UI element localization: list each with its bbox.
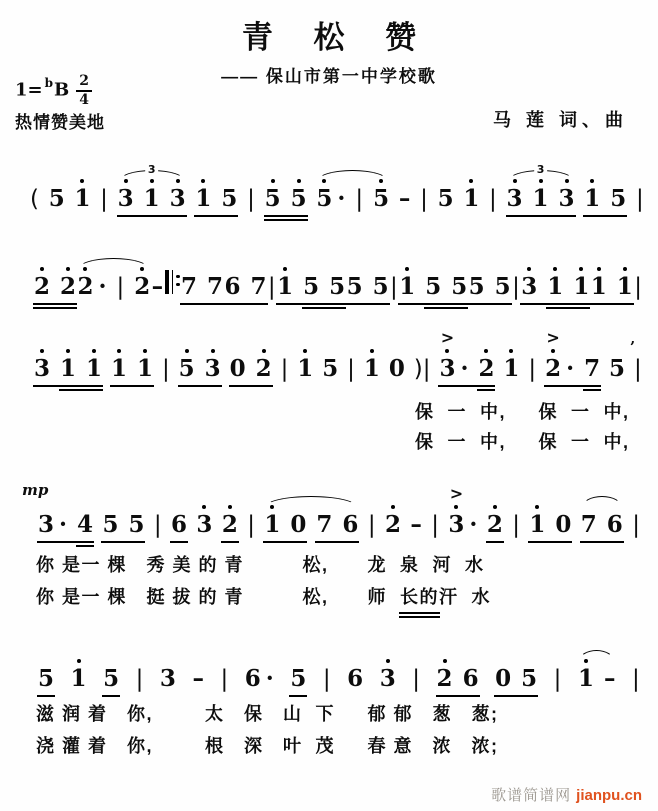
slur-arc — [582, 496, 622, 509]
octave-dot — [202, 505, 206, 509]
note: 4 — [77, 512, 93, 538]
note: 2 — [437, 666, 453, 692]
note-group: 10 — [529, 512, 571, 538]
beam-line — [546, 307, 590, 309]
octave-dot — [590, 179, 594, 183]
lyric-segment: 你 是一 棵 秀 美 的 青 松, 龙 泉 河 水 — [36, 551, 485, 577]
note: 6 — [224, 274, 240, 300]
octave-dot — [262, 349, 266, 353]
note-group: 3·4 — [38, 512, 93, 538]
note: 5 — [103, 666, 119, 692]
note-group: 2>·7 — [545, 356, 600, 382]
note: 1 — [591, 274, 607, 300]
note: 3 — [559, 186, 575, 212]
lyric-segment: 滋 润 着 你, 太 保 山 下 郁 郁 葱 葱; — [36, 700, 499, 726]
beam-line — [486, 541, 504, 543]
note: 1 — [399, 274, 415, 300]
beam-line — [101, 541, 145, 543]
beam-line — [170, 541, 188, 543]
note-group: 55 — [303, 274, 345, 300]
note-group: 76 — [581, 512, 623, 538]
octave-dot — [454, 505, 458, 509]
barline: | — [390, 274, 398, 300]
note: 1 — [195, 186, 211, 212]
note-group: 3313 — [118, 186, 186, 212]
note: 3>· — [448, 512, 477, 538]
beam-line — [302, 307, 346, 309]
octave-dot — [140, 267, 144, 271]
beam-line — [33, 385, 103, 387]
note-group: 55 — [102, 512, 144, 538]
octave-dot — [297, 179, 301, 183]
watermark-domain: jianpu.cn — [576, 787, 642, 804]
beam-line — [229, 385, 273, 387]
beam-line — [398, 303, 468, 305]
barline: | — [634, 274, 642, 300]
note: 5 — [179, 356, 195, 382]
lyrics-verse-1b: 你 是一 棵 挺 拔 的 青 松, 师 长的汗 水 — [36, 583, 491, 609]
note: 2 — [256, 356, 272, 382]
octave-dot — [40, 349, 44, 353]
barline: | — [355, 186, 363, 212]
music-line-2: 222·|2–7767|15555|15555|31111| — [34, 270, 642, 300]
music-line-4: 3·455|632|1076|2–|3>·2|1076| — [38, 512, 640, 538]
note-group: 05 — [495, 666, 537, 692]
note: 1 — [137, 356, 153, 382]
note: 1 — [111, 356, 127, 382]
note-group: 311 — [34, 356, 102, 382]
note: 1 — [578, 666, 594, 692]
note: 2 — [385, 512, 401, 538]
time-signature: 24 — [76, 74, 92, 107]
note: 3 — [380, 666, 396, 692]
octave-dot — [143, 349, 147, 353]
note: 5 — [329, 274, 345, 300]
note: 1 — [547, 274, 563, 300]
open-paren: ( — [30, 186, 39, 212]
note: 1 — [264, 512, 280, 538]
lyric-segment: 你 是一 棵 挺 拔 的 青 松, 师 — [36, 583, 400, 609]
beam-line — [117, 215, 187, 217]
note-group: 53 — [179, 356, 221, 382]
slur-arc — [78, 258, 149, 271]
note: 3 — [521, 274, 537, 300]
lyric-segment: 保 一 中, 保 一 中, — [415, 428, 630, 454]
music-line-5: 515|3–|6·5|63|2605|1–| — [38, 666, 640, 692]
lyric-segment: 保 一 中, 保 一 中, — [415, 398, 630, 424]
note: 5 — [521, 666, 537, 692]
note: 2 — [478, 356, 494, 382]
note: 1 — [617, 274, 633, 300]
triplet-label: 3 — [145, 164, 159, 177]
note-group: 1– — [578, 666, 616, 692]
note: 2· — [77, 274, 106, 300]
octave-dot — [150, 179, 154, 183]
beam-line — [33, 307, 77, 309]
note: 5 — [438, 186, 454, 212]
octave-dot — [584, 659, 588, 663]
note-group: 155 — [277, 274, 345, 300]
note-group: 10 — [264, 512, 306, 538]
duration-dash: – — [399, 186, 411, 212]
lyrics-echo-1: 保 一 中, 保 一 中, — [415, 398, 630, 424]
octave-dot — [513, 179, 517, 183]
note: 3>· — [439, 356, 468, 382]
barline: | — [221, 666, 229, 692]
note: 1 — [71, 666, 87, 692]
beam-line — [221, 541, 239, 543]
key-signature: 1=bB24 — [15, 74, 92, 107]
note: 6· — [245, 666, 274, 692]
note: 6 — [607, 512, 623, 538]
breath-mark: ’ — [630, 339, 635, 356]
beam-line — [264, 219, 308, 221]
note: 1 — [533, 186, 549, 212]
accent-mark: > — [441, 329, 454, 347]
note: 5 — [291, 186, 307, 212]
beam-line — [37, 541, 94, 543]
lyric-segment: 浇 灌 着 你, 根 深 叶 茂 春 意 浓 浓; — [36, 732, 499, 758]
beam-line — [477, 389, 495, 391]
barline: | — [632, 666, 640, 692]
barline: | — [554, 666, 562, 692]
note: 2>· — [545, 356, 574, 382]
barline: | — [632, 512, 640, 538]
subtitle: —— 保山市第一中学校歌 — [0, 62, 658, 87]
note: 5· — [316, 186, 345, 212]
rest-note: 0 — [555, 512, 571, 538]
note-group: 77 — [181, 274, 223, 300]
key-prefix: 1= — [15, 80, 43, 101]
composer-credit: 马 莲 词、曲 — [493, 106, 628, 132]
note: 3· — [38, 512, 67, 538]
note: 7 — [584, 356, 600, 382]
note: 3 — [34, 356, 50, 382]
augmentation-dot: · — [566, 355, 574, 382]
note: 5 — [290, 666, 306, 692]
note: 2 — [60, 274, 76, 300]
beam-line — [468, 303, 512, 305]
octave-dot — [565, 179, 569, 183]
meter-numerator: 2 — [76, 74, 92, 92]
beam-line — [178, 385, 222, 387]
barline: | — [489, 186, 497, 212]
octave-dot — [493, 505, 497, 509]
note: 1 — [60, 356, 76, 382]
lyrics-verse-1a: 你 是一 棵 秀 美 的 青 松, 龙 泉 河 水 — [36, 551, 485, 577]
note: 5’ — [609, 356, 625, 382]
octave-dot — [539, 179, 543, 183]
note: 7 — [250, 274, 266, 300]
barline: | — [136, 666, 144, 692]
note-group: 11 — [591, 274, 633, 300]
lyrics-verse-2a: 滋 润 着 你, 太 保 山 下 郁 郁 葱 葱; — [36, 700, 499, 726]
beam-line — [289, 695, 307, 697]
rest-note: 0 — [290, 512, 306, 538]
barline: | — [431, 512, 439, 538]
music-line-3: 31111|5302|15|10)|3>·21|2>·75’| — [34, 356, 642, 382]
note: 5 — [38, 666, 54, 692]
flat-sign: b — [45, 76, 53, 90]
note: 6 — [347, 666, 363, 692]
barline: | — [268, 274, 276, 300]
beam-line — [436, 695, 480, 697]
octave-dot — [228, 505, 232, 509]
lyric-segment: 长的 — [400, 583, 439, 609]
octave-dot — [283, 267, 287, 271]
octave-dot — [185, 349, 189, 353]
octave-dot — [405, 267, 409, 271]
note: 5 — [495, 274, 511, 300]
beam-line — [346, 303, 390, 305]
octave-dot — [579, 267, 583, 271]
beam-line — [223, 303, 267, 305]
octave-dot — [509, 349, 513, 353]
note: 6 — [463, 666, 479, 692]
beam-line — [399, 616, 440, 618]
beam-line — [438, 385, 495, 387]
barline: | — [323, 666, 331, 692]
slur-arc — [265, 496, 357, 509]
note: 1 — [529, 512, 545, 538]
note: 7 — [181, 274, 197, 300]
beam-line — [37, 695, 55, 697]
note: 3 — [507, 186, 523, 212]
note-group: 311 — [521, 274, 589, 300]
augmentation-dot: · — [460, 355, 468, 382]
note: 3 — [160, 666, 176, 692]
note-group: 5·|5 — [316, 186, 389, 212]
triplet-label: 3 — [534, 164, 548, 177]
beam-line — [520, 303, 590, 305]
beam-line — [180, 303, 224, 305]
note: 5 — [265, 186, 281, 212]
note-group: 02 — [230, 356, 272, 382]
close-paren-barline: )| — [414, 356, 431, 382]
note: 5 — [425, 274, 441, 300]
note-group: 155 — [399, 274, 467, 300]
beam-line — [110, 385, 154, 387]
beam-line — [580, 541, 624, 543]
barline: | — [634, 356, 642, 382]
note: 5 — [347, 274, 363, 300]
note: 5 — [322, 356, 338, 382]
barline: | — [368, 512, 376, 538]
beam-line — [264, 215, 308, 217]
octave-dot — [66, 349, 70, 353]
note-group: 55 — [425, 274, 467, 300]
octave-dot — [391, 505, 395, 509]
note: 5 — [373, 186, 389, 212]
note-group: 15 — [584, 186, 626, 212]
note-group: 26 — [437, 666, 479, 692]
note-group: 11 — [111, 356, 153, 382]
tempo-marking: 热情赞美地 — [15, 108, 105, 133]
octave-dot — [551, 349, 555, 353]
beam-line — [424, 307, 468, 309]
barline: | — [420, 186, 428, 212]
barline: | — [154, 512, 162, 538]
octave-dot — [271, 179, 275, 183]
beam-line — [494, 695, 538, 697]
barline: | — [116, 274, 124, 300]
duration-dash: – — [410, 512, 422, 538]
octave-dot — [40, 267, 44, 271]
music-line-1: (51|331315|555·|5–|51|331315| — [30, 186, 644, 212]
note: 5 — [610, 186, 626, 212]
meter-denominator: 4 — [76, 92, 92, 108]
rest-note: 0 — [389, 356, 405, 382]
note: 2 — [34, 274, 50, 300]
augmentation-dot: · — [337, 185, 345, 212]
barline: | — [347, 356, 355, 382]
octave-dot — [66, 267, 70, 271]
page-title: 青 松 赞 — [0, 12, 658, 57]
beam-line — [315, 541, 359, 543]
duration-dash: – — [192, 666, 204, 692]
lyric-segment: 汗 水 — [439, 583, 491, 609]
barline: | — [100, 186, 108, 212]
note-group: 1076 — [264, 512, 358, 538]
barline: | — [247, 186, 255, 212]
note: 5 — [451, 274, 467, 300]
watermark-site: 歌谱简谱网 — [491, 787, 571, 804]
note: 1 — [74, 186, 90, 212]
barline: | — [162, 356, 170, 382]
note-group: 76 — [316, 512, 358, 538]
octave-dot — [322, 179, 326, 183]
note: 1 — [86, 356, 102, 382]
note: 1 — [584, 186, 600, 212]
barline: | — [636, 186, 644, 212]
octave-dot — [270, 505, 274, 509]
key-letter: B — [54, 80, 69, 101]
beam-line — [590, 303, 634, 305]
octave-dot — [124, 179, 128, 183]
barline: | — [528, 356, 536, 382]
beam-line — [276, 303, 346, 305]
octave-dot — [443, 659, 447, 663]
note: 5 — [469, 274, 485, 300]
octave-dot — [201, 179, 205, 183]
note: 5 — [128, 512, 144, 538]
octave-dot — [484, 349, 488, 353]
note: 1 — [364, 356, 380, 382]
octave-dot — [370, 349, 374, 353]
duration-dash: – — [604, 666, 616, 692]
note: 5 — [221, 186, 237, 212]
note-group: 67 — [224, 274, 266, 300]
octave-dot — [527, 267, 531, 271]
note-group: 3>·2 — [439, 356, 494, 382]
note: 3 — [118, 186, 134, 212]
accent-mark: > — [450, 485, 463, 503]
octave-dot — [379, 179, 383, 183]
rest-note: 0 — [230, 356, 246, 382]
note-group: 11 — [60, 356, 102, 382]
barline: | — [512, 512, 520, 538]
octave-dot — [92, 349, 96, 353]
beam-line — [399, 612, 440, 614]
barline: | — [512, 274, 520, 300]
octave-dot — [176, 179, 180, 183]
lyrics-verse-2b: 浇 灌 着 你, 根 深 叶 茂 春 意 浓 浓; — [36, 732, 499, 758]
note: 3 — [170, 186, 186, 212]
note-group: 55 — [265, 186, 307, 212]
beam-line — [263, 541, 307, 543]
note: 5 — [373, 274, 389, 300]
octave-dot — [117, 349, 121, 353]
octave-dot — [469, 179, 473, 183]
note: 3 — [205, 356, 221, 382]
beam-line — [33, 303, 77, 305]
octave-dot — [597, 267, 601, 271]
octave-dot — [535, 505, 539, 509]
augmentation-dot: · — [469, 511, 477, 538]
octave-dot — [623, 267, 627, 271]
octave-dot — [80, 179, 84, 183]
octave-dot — [83, 267, 87, 271]
octave-dot — [303, 349, 307, 353]
beam-line — [506, 215, 576, 217]
note: 7 — [581, 512, 597, 538]
note-group: 2·|2 — [77, 274, 150, 300]
octave-dot — [386, 659, 390, 663]
beam-line — [76, 545, 94, 547]
watermark: 歌谱简谱网jianpu.cn — [491, 784, 642, 805]
dynamic-mark: mp — [22, 481, 48, 499]
repeat-start-barline — [165, 270, 180, 294]
barline: | — [247, 512, 255, 538]
note: 5 — [102, 512, 118, 538]
note: 2 — [222, 512, 238, 538]
sheet-music-page: 青 松 赞 —— 保山市第一中学校歌 1=bB24 热情赞美地 马 莲 词、曲 … — [0, 0, 658, 811]
note: 1 — [277, 274, 293, 300]
note-group: 11 — [547, 274, 589, 300]
beam-line — [583, 389, 601, 391]
note-group: 15 — [195, 186, 237, 212]
note: 5 — [49, 186, 65, 212]
augmentation-dot: · — [98, 273, 106, 300]
octave-dot — [77, 659, 81, 663]
barline: | — [281, 356, 289, 382]
note: 1 — [297, 356, 313, 382]
duration-dash: – — [152, 274, 164, 300]
octave-dot — [211, 349, 215, 353]
beam-line — [528, 541, 572, 543]
lyrics-echo-2: 保 一 中, 保 一 中, — [415, 428, 630, 454]
augmentation-dot: · — [59, 511, 67, 538]
note: 6 — [342, 512, 358, 538]
octave-dot — [553, 267, 557, 271]
note: 2 — [134, 274, 150, 300]
augmentation-dot: · — [266, 665, 274, 692]
note: 7 — [207, 274, 223, 300]
barline: | — [412, 666, 420, 692]
note: 5 — [303, 274, 319, 300]
beam-line — [102, 695, 120, 697]
note: 2 — [487, 512, 503, 538]
beam-line — [544, 385, 601, 387]
slur-arc — [317, 170, 388, 183]
note: 3 — [196, 512, 212, 538]
rest-note: 0 — [495, 666, 511, 692]
octave-dot — [445, 349, 449, 353]
note: 1 — [463, 186, 479, 212]
note-group: 22 — [34, 274, 76, 300]
note: 1 — [503, 356, 519, 382]
beam-line — [59, 389, 103, 391]
